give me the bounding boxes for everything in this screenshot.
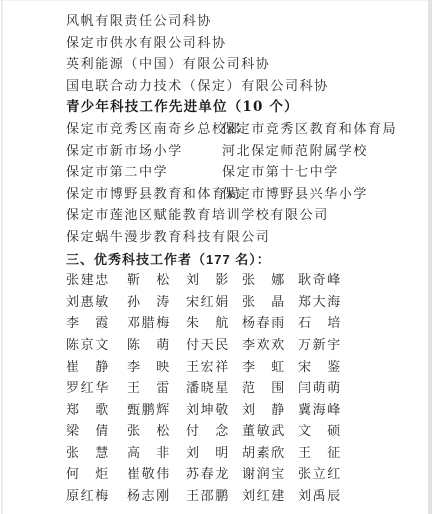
youth-unit-left: 保定市新市场小学: [66, 141, 222, 163]
youth-unit-left: 保定市第二中学: [66, 162, 222, 184]
awarded-unit-line: 国电联合动力技术（保定）有限公司科协: [66, 76, 397, 98]
worker-name: 万新宇: [298, 335, 342, 357]
worker-name: 李 霞: [66, 313, 127, 335]
worker-name: 刘 静: [242, 400, 298, 422]
worker-name: 郑大海: [298, 292, 342, 314]
worker-name-row: 刘惠敏孙 涛宋红娟张 晶郑大海: [66, 292, 397, 314]
awarded-unit-line: 英利能源（中国）有限公司科协: [66, 54, 397, 76]
worker-name: 李欢欢: [242, 335, 298, 357]
worker-name: 闫萌萌: [298, 378, 342, 400]
worker-name: 陈京文: [66, 335, 127, 357]
youth-unit-pair-row: 保定市博野县教育和体育局保定市博野县兴华小学: [66, 184, 397, 206]
worker-name: 杨志刚: [127, 486, 186, 508]
worker-name: 刘红建: [242, 486, 298, 508]
worker-name: 宋 鉴: [298, 357, 342, 379]
worker-name: 付天民: [186, 335, 242, 357]
worker-name: 董敏武: [242, 421, 298, 443]
worker-name: 付 念: [186, 421, 242, 443]
worker-name: 原红梅: [66, 486, 127, 508]
worker-name: 潘晓星: [186, 378, 242, 400]
worker-name-row: 陈京文陈 萌付天民李欢欢万新宇: [66, 335, 397, 357]
worker-name: 张建忠: [66, 270, 127, 292]
worker-name: 邓腊梅: [127, 313, 186, 335]
worker-name: 张 娜: [242, 270, 298, 292]
worker-name-row: 罗红华王 雷潘晓星范 围闫萌萌: [66, 378, 397, 400]
worker-name: 崔 静: [66, 357, 127, 379]
worker-name: 郑 歌: [66, 400, 127, 422]
worker-name: 石 培: [298, 313, 342, 335]
youth-unit-pair-row: 保定市第二中学保定市第十七中学: [66, 162, 397, 184]
worker-name-row: 张建忠靳 松刘 影张 娜耿奇峰: [66, 270, 397, 292]
worker-name: 王 雷: [127, 378, 186, 400]
worker-name: 宋红娟: [186, 292, 242, 314]
worker-name: 何 炬: [66, 464, 127, 486]
page-top-edge: [0, 0, 432, 1]
worker-name: 崔敬伟: [127, 464, 186, 486]
youth-unit-line: 保定蜗牛漫步教育科技有限公司: [66, 227, 397, 249]
worker-name: 梁 倩: [66, 421, 127, 443]
worker-name-row: 崔 静李 映王宏祥李 虹宋 鉴: [66, 357, 397, 379]
worker-name: 耿奇峰: [298, 270, 342, 292]
worker-name: 李 虹: [242, 357, 298, 379]
worker-name: 刘 影: [186, 270, 242, 292]
worker-name: 靳 松: [127, 270, 186, 292]
awarded-unit-line: 风帆有限责任公司科协: [66, 11, 397, 33]
awarded-unit-line: 保定市供水有限公司科协: [66, 33, 397, 55]
worker-name: 张 松: [127, 421, 186, 443]
worker-name: 刘坤敬: [186, 400, 242, 422]
youth-unit-right: 河北保定师范附属学校: [222, 144, 368, 159]
worker-name: 范 围: [242, 378, 298, 400]
worker-name: 张立红: [298, 464, 342, 486]
worker-name: 杨春雨: [242, 313, 298, 335]
worker-name: 张 晶: [242, 292, 298, 314]
youth-unit-right: 保定市竞秀区教育和体育局: [222, 122, 397, 137]
worker-name: 朱 航: [186, 313, 242, 335]
worker-name-row: 原红梅杨志刚王邵鹏刘红建刘禹辰: [66, 486, 397, 508]
worker-name-row: 何 炬崔敬伟苏春龙谢润宝张立红: [66, 464, 397, 486]
youth-unit-left: 保定市博野县教育和体育局: [66, 184, 222, 206]
document-page: 风帆有限责任公司科协 保定市供水有限公司科协 英利能源（中国）有限公司科协 国电…: [0, 0, 432, 514]
worker-name: 王 征: [298, 443, 342, 465]
worker-name: 王宏祥: [186, 357, 242, 379]
worker-name-row: 李 霞邓腊梅朱 航杨春雨石 培: [66, 313, 397, 335]
youth-unit-right: 保定市博野县兴华小学: [222, 187, 368, 202]
worker-name: 胡素欣: [242, 443, 298, 465]
worker-name: 刘 明: [186, 443, 242, 465]
worker-name: 刘禹辰: [298, 486, 342, 508]
worker-name: 谢润宝: [242, 464, 298, 486]
worker-name: 陈 萌: [127, 335, 186, 357]
youth-unit-right: 保定市第十七中学: [222, 165, 339, 180]
document-content: 风帆有限责任公司科协 保定市供水有限公司科协 英利能源（中国）有限公司科协 国电…: [66, 11, 397, 508]
worker-name: 罗红华: [66, 378, 127, 400]
worker-name-row: 郑 歌甄鹏辉刘坤敬刘 静冀海峰: [66, 400, 397, 422]
worker-name: 李 映: [127, 357, 186, 379]
worker-name: 王邵鹏: [186, 486, 242, 508]
worker-name: 刘惠敏: [66, 292, 127, 314]
page-right-edge: [428, 0, 432, 514]
worker-name: 苏春龙: [186, 464, 242, 486]
worker-name-row: 张 慧高 非刘 明胡素欣王 征: [66, 443, 397, 465]
worker-name: 冀海峰: [298, 400, 342, 422]
youth-unit-pair-row: 保定市竞秀区南奇乡总校部保定市竞秀区教育和体育局: [66, 119, 397, 141]
worker-name-row: 梁 倩张 松付 念董敏武文 硕: [66, 421, 397, 443]
youth-unit-left: 保定市竞秀区南奇乡总校部: [66, 119, 222, 141]
worker-name: 甄鹏辉: [127, 400, 186, 422]
worker-name: 张 慧: [66, 443, 127, 465]
youth-unit-pair-row: 保定市新市场小学河北保定师范附属学校: [66, 141, 397, 163]
worker-name: 孙 涛: [127, 292, 186, 314]
youth-units-heading: 青少年科技工作先进单位（10 个）: [66, 97, 397, 119]
page-left-edge: [1, 0, 3, 514]
worker-name: 文 硕: [298, 421, 342, 443]
youth-unit-line: 保定市莲池区赋能教育培训学校有限公司: [66, 205, 397, 227]
workers-section-heading: 三、优秀科技工作者（177 名）：: [66, 249, 397, 271]
worker-name: 高 非: [127, 443, 186, 465]
